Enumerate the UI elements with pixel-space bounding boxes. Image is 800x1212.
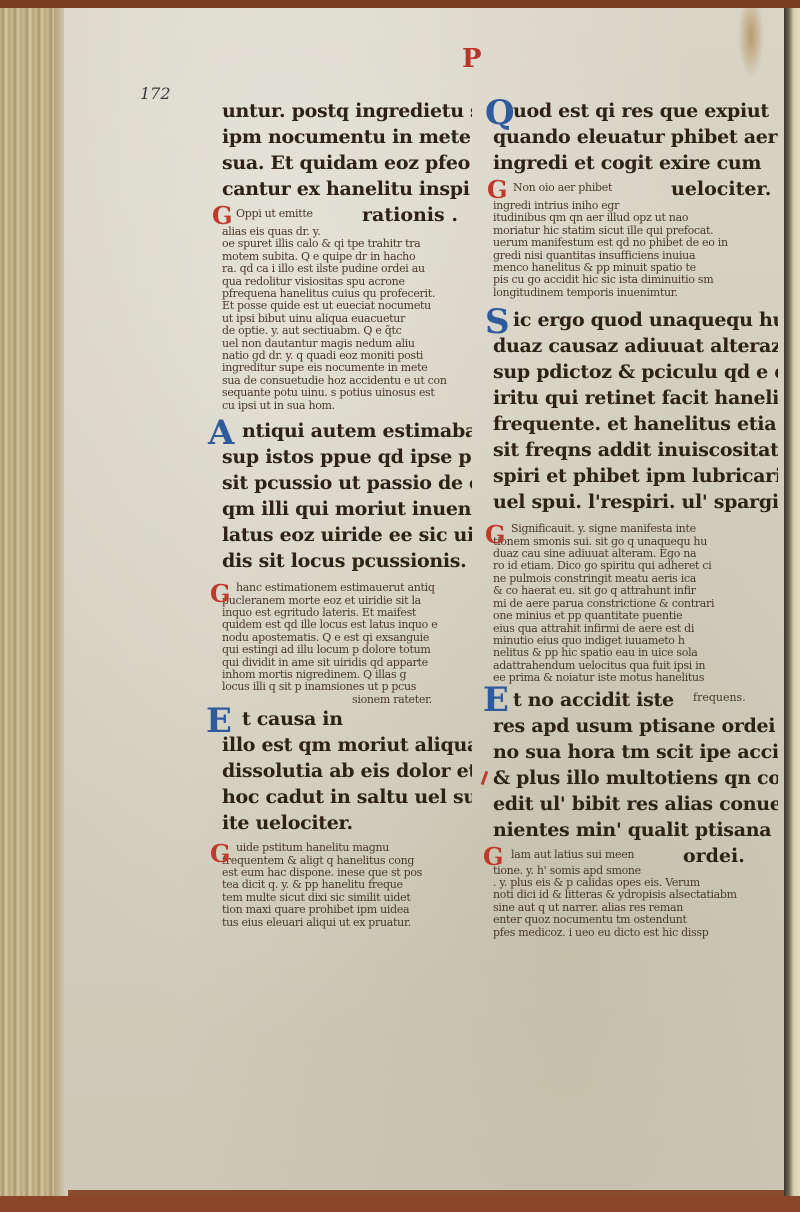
text-line: locus illi q sit p inamsiones ut p pcus (222, 681, 472, 693)
text-line: ipm nocumentu in mete (222, 124, 472, 150)
text-line: sequante potu uinu. s potius uinosus est (222, 387, 472, 399)
text-line: sit freqns addit inuiscositate (493, 437, 778, 463)
main-text-block: E t no accidit iste frequens. res apd us… (493, 687, 778, 843)
catchword: frequens. (693, 691, 746, 704)
text-line: longitudinem temporis inuenimtur. (493, 287, 778, 299)
text-line: res apd usum ptisane ordei i (493, 713, 778, 739)
text-line: . y. plus eis & p calidas opes eis. Veru… (493, 877, 778, 889)
text-line: pfrequena hanelitus cuius qu profecerit. (222, 288, 472, 300)
binding-bottom-edge (0, 1196, 800, 1212)
commentary-block: G Non oio aer phibet uelociter. ingredi … (493, 178, 778, 299)
text-line: iritu qui retinet facit haneliu (493, 385, 778, 411)
text-line: moriatur hic statim sicut ille qui prefo… (493, 225, 778, 237)
text-line: ntiqui autem estimabat (222, 418, 472, 444)
text-line: qm illi qui moriut inueniut (222, 496, 472, 522)
main-text-block: Q uod est qi res que expiut quando eleua… (493, 98, 778, 176)
decorated-initial: G (485, 523, 506, 547)
text-line: sine aut q ut narrer. alias res reman (493, 902, 778, 914)
text-line: sua. Et quidam eoz pfeo (222, 150, 472, 176)
text-line: mi de aere parua constrictione & contrar… (493, 598, 778, 610)
right-column: Q uod est qi res que expiut quando eleua… (493, 98, 778, 939)
text-line: ro id etiam. Dico go spiritu qui adheret… (493, 560, 778, 572)
text-line: qua redolitur visiositas spu acrone (222, 276, 472, 288)
text-line: tem multe sicut dixi sic similit uidet (222, 892, 472, 904)
text-line: frequentem & aligt q hanelitus cong (222, 855, 472, 867)
decorated-initial: G (210, 582, 231, 606)
text-line: tea dicit q. y. & pp hanelitu freque (222, 879, 472, 891)
text-line: ingredi intrius iniho egr (493, 200, 778, 212)
catchword: uelociter. (671, 178, 771, 200)
left-column: untur. postq ingredietu sr ipm nocumentu… (222, 98, 472, 929)
text-line: quidem est qd ille locus est latus inquo… (222, 619, 472, 631)
commentary-block: G lam aut latius sui meen ordei. tione. … (493, 845, 778, 939)
main-text-block: untur. postq ingredietu sr ipm nocumentu… (222, 98, 472, 202)
commentary-block: G uide pstitum hanelitu magnu frequentem… (222, 842, 472, 929)
text-line: sup pdictoz & pciculu qd e qi sp (493, 359, 778, 385)
text-line: ite uelociter. (222, 810, 472, 836)
text-line: ut ipsi bibut uinu aliqua euacuetur (222, 313, 472, 325)
decorated-initial: G (210, 842, 231, 866)
text-line: cantur ex hanelitu inspi (222, 176, 472, 202)
decorated-initial: E (206, 704, 232, 738)
text-line: & plus illo multotiens qn com (493, 765, 778, 791)
page-edge-right (784, 8, 800, 1196)
text-line: est eum hac dispone. inese que st pos (222, 867, 472, 879)
text-line: noti dici id & litteras & ydropisis alse… (493, 889, 778, 901)
catchword: rationis . (362, 204, 458, 226)
text-line: lam aut latius sui meen (511, 849, 634, 861)
text-line: Oppi ut emitte (236, 208, 313, 220)
text-line: inhom mortis nigredinem. Q illas g (222, 669, 472, 681)
text-line: pfes medicoz. i ueo eu dicto est hic dis… (493, 927, 778, 939)
text-line: quando eleuatur phibet aere (493, 124, 778, 150)
text-line: uide pstitum hanelitu magnu (222, 842, 472, 854)
text-line: sua de consuetudie hoz accidentu e ut co… (222, 375, 472, 387)
text-line: ingreditur supe eis nocumente in mete (222, 362, 472, 374)
text-line: gredi nisi quantitas insufficiens inuiua (493, 250, 778, 262)
text-line: duaz causaz adiuuat alteraz (493, 333, 778, 359)
text-line: qui dividit in ame sit uiridis qd appart… (222, 657, 472, 669)
decorated-initial: A (208, 416, 234, 450)
text-line: minutio eius quo indiget iuuameto h (493, 635, 778, 647)
text-line: enter quoz nocumentu tm ostendunt (493, 914, 778, 926)
text-line: pucleranem morte eoz et uiridie sit la (222, 595, 472, 607)
text-line: itudinibus qm qn aer illud opz ut nao (493, 212, 778, 224)
text-line: & co haerat eu. sit go q attrahunt infir (493, 585, 778, 597)
text-line: uel non dautantur magis nedum aliu (222, 338, 472, 350)
text-line: dis sit locus pcussionis. (222, 548, 472, 574)
main-text-block: A ntiqui autem estimabat sup istos ppue … (222, 418, 472, 574)
text-line: menco hanelitus & pp minuit spatio te (493, 262, 778, 274)
text-line: nientes min' qualit ptisana (493, 817, 778, 843)
text-line: eius qua attrahit infirmi de aere est di (493, 623, 778, 635)
folio-number: 172 (140, 84, 171, 103)
text-line: dissolutia ab eis dolor et pp (222, 758, 472, 784)
text-line: Et posse quide est ut eueciat nocumetu (222, 300, 472, 312)
text-line: hoc cadut in saltu uel sub (222, 784, 472, 810)
text-line: uod est qi res que expiut (493, 98, 778, 124)
text-line: tion maxi quare prohibet ipm uidea (222, 904, 472, 916)
text-line: tus eius eleuari aliqui ut ex pruatur. (222, 917, 472, 929)
text-line: uel spui. l'respiri. ul' spargi. (493, 489, 778, 515)
text-line: ra. qd ca i illo est ilste pudine ordei … (222, 263, 472, 275)
text-line: ee prima & noiatur iste motus hanelitus (493, 672, 778, 684)
text-line: latus eoz uiride ee sic uiri (222, 522, 472, 548)
text-line: de optie. y. aut sectiuabm. Q e q̃tc (222, 325, 472, 337)
text-line: sup istos ppue qd ipse pcus (222, 444, 472, 470)
catchword: ordei. (683, 845, 745, 867)
text-line: duaz cau sine adiuuat alteram. Ego na (493, 548, 778, 560)
running-header-letter: P (462, 44, 482, 74)
decorated-initial: S (485, 305, 510, 339)
text-line: ic ergo quod unaquequ hu (493, 307, 778, 333)
text-line: motem subita. Q e quipe dr in hacho (222, 251, 472, 263)
text-line: nodu apostematis. Q e est qi exsanguie (222, 632, 472, 644)
text-line: uerum manifestum est qd no phibet de eo … (493, 237, 778, 249)
commentary-block: G hanc estimationem estimauerut antiq pu… (222, 582, 472, 706)
commentary-block: G Significauit. y. signe manifesta inte … (493, 523, 778, 684)
parchment-stain (738, 8, 764, 78)
main-text-block: S ic ergo quod unaquequ hu duaz causaz a… (493, 307, 778, 515)
text-line: nelitus & pp hic spatio eau in uice sola (493, 647, 778, 659)
text-line: tionem smonis sui. sit go q unaquequ hu (493, 536, 778, 548)
text-line: Non oio aer phibet (513, 182, 612, 194)
text-line: t causa in (222, 706, 472, 732)
text-line: illo est qm moriut aliquai (222, 732, 472, 758)
text-line: inquo est egritudo lateris. Et maifest (222, 607, 472, 619)
main-text-block: E t causa in illo est qm moriut aliquai … (222, 706, 472, 836)
text-line: edit ul' bibit res alias conue (493, 791, 778, 817)
text-line: adattrahendum uelocitus qua fuit ipsi in (493, 660, 778, 672)
text-line: Significauit. y. signe manifesta inte (493, 523, 778, 535)
text-line: qui estingi ad illu locum p dolore totum (222, 644, 472, 656)
text-line: ne pulmois constringit meatu aeris ica (493, 573, 778, 585)
text-line: cu ipsi ut in sua hom. (222, 400, 472, 412)
text-line: frequente. et hanelitus etia qu (493, 411, 778, 437)
text-line: natio gd dr. y. q quadi eoz moniti posti (222, 350, 472, 362)
text-line: spiri et phibet ipm lubricari (493, 463, 778, 489)
decorated-initial: Q (485, 96, 515, 130)
text-line: sit pcussio ut passio de celo (222, 470, 472, 496)
text-line: untur. postq ingredietu sr (222, 98, 472, 124)
commentary-block: G Oppi ut emitte rationis . alias eis qu… (222, 204, 472, 412)
text-line: oe spuret illis calo & qi tpe trahitr tr… (222, 238, 472, 250)
text-line: pis cu go accidit hic sic ista diminuiti… (493, 274, 778, 286)
text-line: one minius et pp quantitate puentie (493, 610, 778, 622)
text-line: hanc estimationem estimauerut antiq (222, 582, 472, 594)
text-line: ingredi et cogit exire cum (493, 150, 778, 176)
catchword: sionem rateter. (222, 694, 472, 706)
text-line: no sua hora tm scit ipe accidit (493, 739, 778, 765)
text-line: alias eis quas dr. y. (222, 226, 472, 238)
